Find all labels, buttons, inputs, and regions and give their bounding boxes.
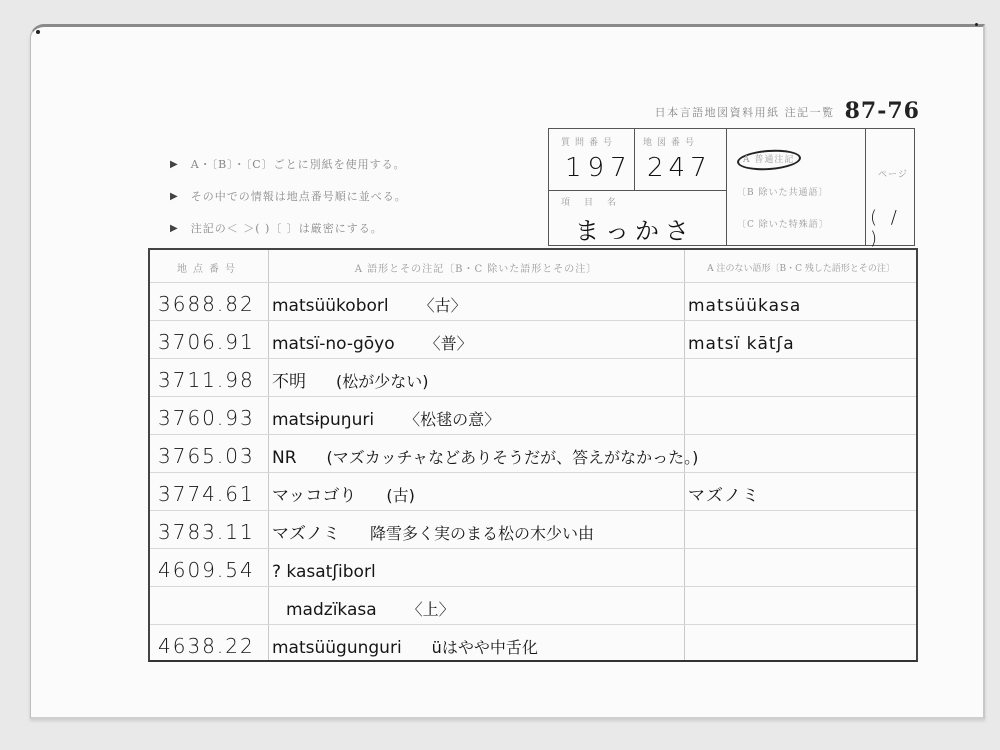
triangle-bullet-icon: ▶ (170, 223, 179, 234)
table-row: 4638.22matsüügunguriüはやや中舌化 (150, 624, 916, 662)
table-row: 3765.03NR(マズカッチャなどありそうだが、答えがなかった。) (150, 434, 916, 472)
plain-form: マズノミ (688, 472, 918, 510)
plain-form (688, 510, 918, 548)
annotation: 〈上〉 (407, 597, 455, 620)
annotation: (マズカッチャなどありそうだが、答えがなかった。) (327, 445, 699, 468)
plain-form (688, 548, 918, 586)
table-row: 3711.98不明(松が少ない) (150, 358, 916, 396)
dust-speck (975, 23, 978, 26)
instructions: ▶A・〔B〕・〔C〕ごとに別紙を使用する。 ▶その中での情報は地点番号順に並べる… (170, 148, 407, 244)
word-form: matsï-no-gōyo (272, 334, 395, 354)
question-number-cell: 質問番号 197 (549, 129, 635, 191)
form-with-note: matsüükoborl〈古〉 (272, 282, 712, 320)
word-form: NR (272, 448, 297, 468)
instruction-item: ▶その中での情報は地点番号順に並べる。 (170, 180, 407, 212)
annotation: 〈松毬の意〉 (404, 407, 500, 430)
form-with-note: 不明(松が少ない) (272, 358, 712, 396)
triangle-bullet-icon: ▶ (170, 159, 179, 170)
header-location-number: 地点番号 (150, 250, 268, 284)
triangle-bullet-icon: ▶ (170, 191, 179, 202)
word-form: matsüügunguri (272, 638, 402, 658)
word-form: matsɨpuŋuri (272, 410, 374, 430)
form-title: 日本言語地図資料用紙 注記一覧 87-76 (590, 96, 920, 124)
table-row: 3760.93matsɨpuŋuri〈松毬の意〉 (150, 396, 916, 434)
form-number: 87-76 (845, 98, 920, 124)
table-row: 3783.11マズノミ降雪多く実のまる松の木少い由 (150, 510, 916, 548)
plain-form (688, 396, 918, 434)
location-number: 3706.91 (158, 320, 270, 358)
table-row: 4609.54? kasatʃiborl (150, 548, 916, 586)
instruction-item: ▶A・〔B〕・〔C〕ごとに別紙を使用する。 (170, 148, 407, 180)
form-with-note: NR(マズカッチャなどありそうだが、答えがなかった。) (272, 434, 712, 472)
annotation: (古) (386, 483, 415, 506)
location-number: 4638.22 (158, 624, 270, 662)
info-box: 質問番号 197 地図番号 247 項目名 まっかさ A 普通注記 〔B 除いた… (548, 128, 915, 246)
plain-form: matsüükasa (688, 282, 918, 320)
item-name: まっかさ (575, 211, 695, 246)
category-b: 〔B 除いた共通語〕 (737, 185, 828, 198)
form-with-note: マッコゴり(古) (272, 472, 712, 510)
instruction-item: ▶注記の＜ ＞( )〔 〕は厳密にする。 (170, 212, 407, 244)
location-number: 3760.93 (158, 396, 270, 434)
word-form: マッコゴり (272, 481, 356, 506)
map-number: 247 (647, 153, 712, 183)
annotation: 〈古〉 (419, 293, 467, 316)
map-number-cell: 地図番号 247 (635, 129, 727, 191)
location-number: 3688.82 (158, 282, 270, 320)
annotation: üはやや中舌化 (432, 635, 538, 658)
annotation: 降雪多く実のまる松の木少い由 (370, 521, 594, 544)
item-name-cell: 項目名 まっかさ (549, 191, 727, 245)
category-c: 〔C 除いた特殊語〕 (737, 217, 829, 230)
table-row: madzïkasa〈上〉 (150, 586, 916, 624)
word-form: 不明 (272, 367, 306, 392)
location-number: 3774.61 (158, 472, 270, 510)
question-number: 197 (565, 153, 633, 183)
table-row: 3774.61マッコゴり(古)マズノミ (150, 472, 916, 510)
category-cell: A 普通注記 〔B 除いた共通語〕 〔C 除いた特殊語〕 (727, 129, 866, 245)
word-form: madzïkasa (286, 600, 377, 620)
form-with-note: matsï-no-gōyo〈普〉 (272, 320, 712, 358)
plain-form: matsï kātʃa (688, 320, 918, 358)
entries-table: 地点番号 A 語形とその注記〔B・C 除いた語形とその注〕 A 注のない語形〔B… (148, 248, 918, 662)
form-with-note: matsɨpuŋuri〈松毬の意〉 (272, 396, 712, 434)
location-number: 3765.03 (158, 434, 270, 472)
header-form-without-notes: A 注のない語形〔B・C 残した語形とその注〕 (684, 250, 918, 284)
dust-speck (36, 30, 40, 34)
word-form: ? kasatʃiborl (272, 562, 376, 582)
form-with-note: マズノミ降雪多く実のまる松の木少い由 (272, 510, 712, 548)
location-number: 3783.11 (158, 510, 270, 548)
table-row: 3706.91matsï-no-gōyo〈普〉matsï kātʃa (150, 320, 916, 358)
word-form: マズノミ (272, 519, 340, 544)
word-form: matsüükoborl (272, 296, 389, 316)
header-form-with-notes: A 語形とその注記〔B・C 除いた語形とその注〕 (268, 250, 684, 284)
plain-form (688, 624, 918, 662)
form-with-note: madzïkasa〈上〉 (272, 586, 712, 624)
plain-form (688, 586, 918, 624)
annotation: 〈普〉 (425, 331, 473, 354)
page-number: ( / ) (870, 207, 914, 249)
form-with-note: matsüügunguriüはやや中舌化 (272, 624, 712, 662)
table-row: 3688.82matsüükoborl〈古〉matsüükasa (150, 282, 916, 320)
annotation: (松が少ない) (336, 369, 429, 392)
location-number: 4609.54 (158, 548, 270, 586)
page-cell: ページ ( / ) (866, 129, 914, 245)
plain-form (688, 358, 918, 396)
location-number (158, 586, 270, 624)
category-a: A 普通注記 (743, 152, 794, 165)
location-number: 3711.98 (158, 358, 270, 396)
form-with-note: ? kasatʃiborl (272, 548, 712, 586)
form-name: 日本言語地図資料用紙 注記一覧 (655, 104, 835, 124)
plain-form (688, 434, 918, 472)
